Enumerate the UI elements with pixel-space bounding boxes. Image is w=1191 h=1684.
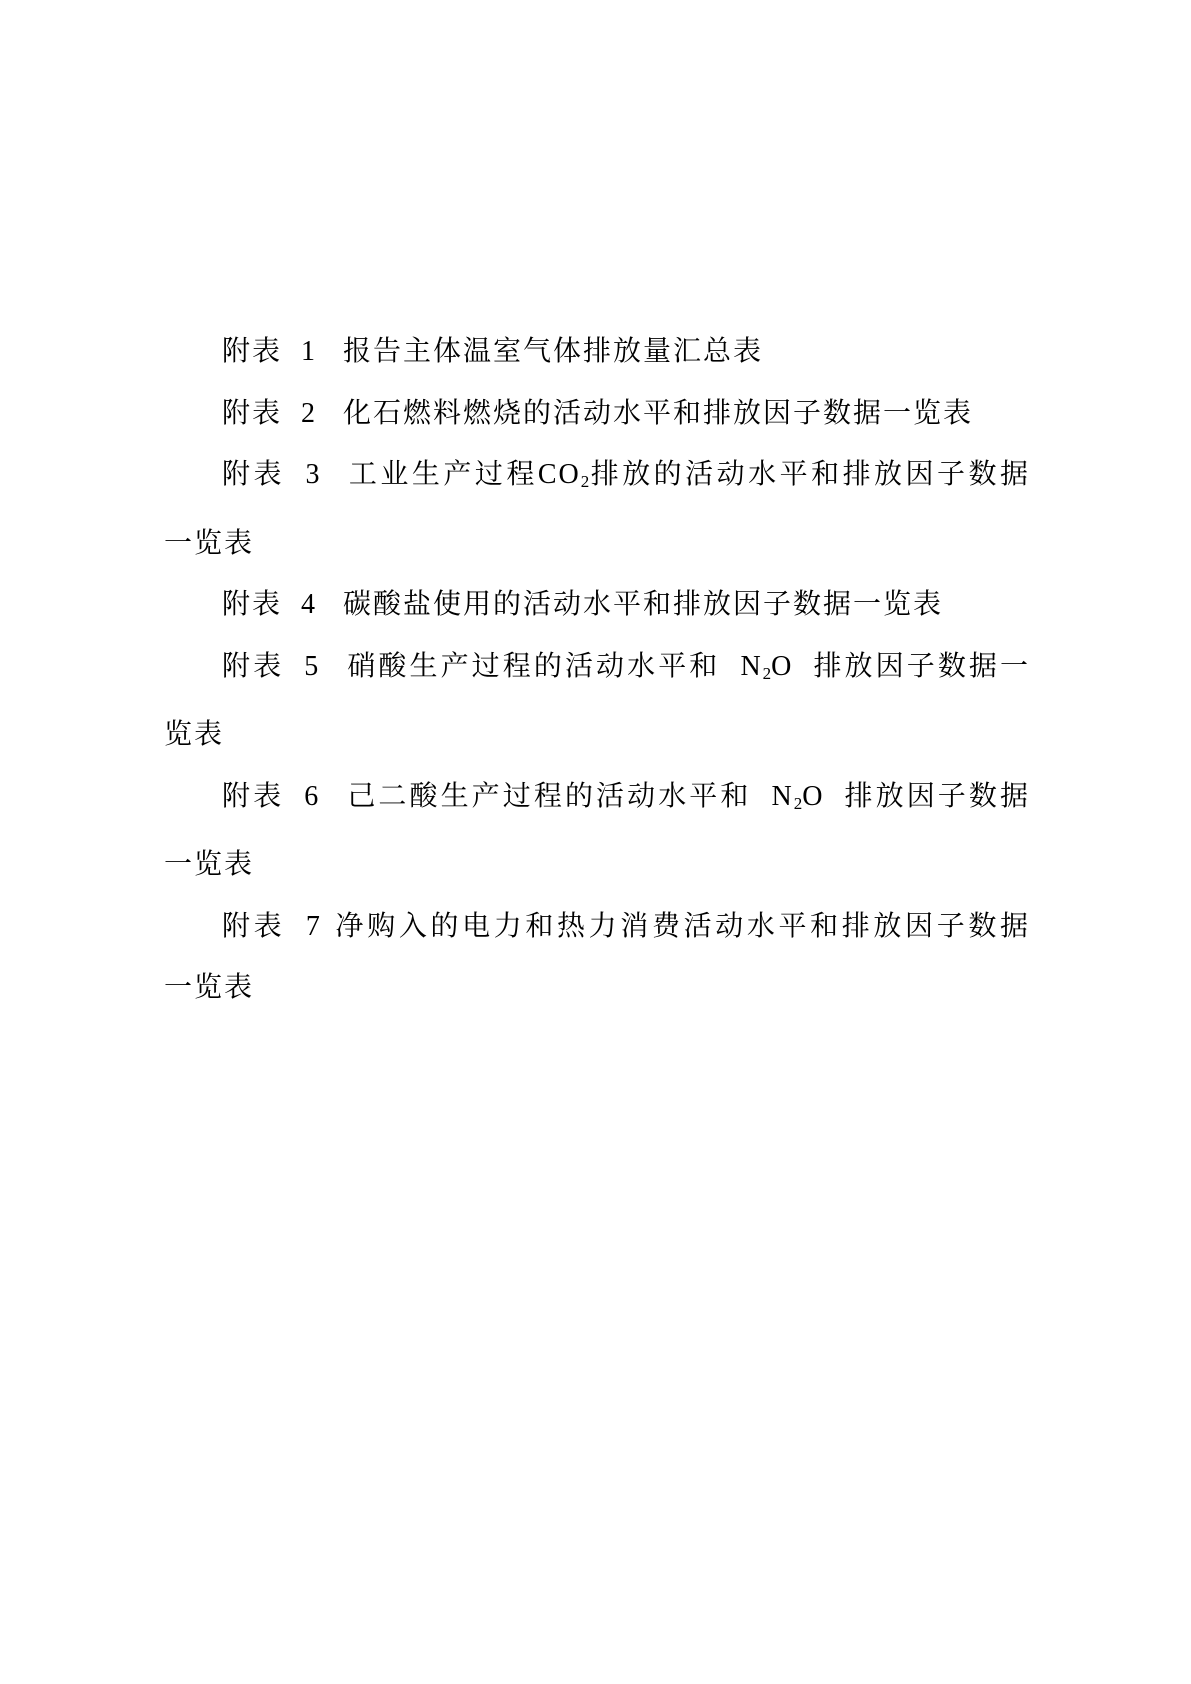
appendix-entry-2-title: 化石燃料燃烧的活动水平和排放因子数据一览表 [343, 398, 973, 429]
document-page: 附表 1报告主体温室气体排放量汇总表 附表 2化石燃料燃烧的活动水平和排放因子数… [0, 0, 1191, 1684]
appendix-entry-5-title-part2: O 排放因子数据一 [771, 651, 1030, 682]
appendix-entry-6-label: 附表 6 [222, 781, 320, 812]
appendix-entry-6-title-part2: O 排放因子数据 [802, 781, 1030, 812]
co2-subscript: 2 [581, 472, 590, 491]
appendix-entry-2: 附表 2化石燃料燃烧的活动水平和排放因子数据一览表 [164, 383, 1030, 445]
appendix-entry-6-title-part1: 己二酸生产过程的活动水平和 N [346, 781, 793, 812]
appendix-entry-7-title: 净购入的电力和热力消费活动水平和排放因子数据 [334, 911, 1030, 942]
appendix-entry-5-continuation: 览表 [164, 704, 1030, 766]
appendix-entry-4-label: 附表 4 [222, 589, 317, 620]
appendix-entry-7-continuation: 一览表 [164, 957, 1030, 1019]
appendix-entry-6-continuation: 一览表 [164, 834, 1030, 896]
n2o-subscript-entry-5: 2 [763, 664, 772, 683]
appendix-entry-1: 附表 1报告主体温室气体排放量汇总表 [164, 321, 1030, 383]
appendix-entry-5-label: 附表 5 [222, 651, 320, 682]
appendix-entry-7-title-wrap: 一览表 [164, 972, 254, 1003]
appendix-entry-7: 附表 7净购入的电力和热力消费活动水平和排放因子数据 [164, 896, 1030, 958]
appendix-entry-2-label: 附表 2 [222, 398, 317, 429]
appendix-entry-1-title: 报告主体温室气体排放量汇总表 [343, 336, 763, 367]
appendix-entry-4-title: 碳酸盐使用的活动水平和排放因子数据一览表 [343, 589, 943, 620]
appendix-entry-3-title-part2: 排放的活动水平和排放因子数据 [589, 459, 1030, 490]
appendix-entry-3-title-part1: 工业生产过程CO [347, 459, 580, 490]
appendix-entry-5-title-part1: 硝酸生产过程的活动水平和 N [346, 651, 762, 682]
appendix-entry-3-continuation: 一览表 [164, 513, 1030, 575]
appendix-entry-3-title-wrap: 一览表 [164, 528, 254, 559]
appendix-entry-6-title-wrap: 一览表 [164, 849, 254, 880]
appendix-entry-5-title-wrap: 览表 [164, 719, 224, 750]
appendix-entry-3: 附表 3工业生产过程CO2排放的活动水平和排放因子数据 [164, 444, 1030, 513]
appendix-entry-6: 附表 6己二酸生产过程的活动水平和 N2O 排放因子数据 [164, 766, 1030, 835]
appendix-entry-1-label: 附表 1 [222, 336, 317, 367]
appendix-entry-3-label: 附表 3 [222, 459, 321, 490]
appendix-entry-7-label: 附表 7 [222, 911, 322, 942]
appendix-entry-4: 附表 4碳酸盐使用的活动水平和排放因子数据一览表 [164, 574, 1030, 636]
n2o-subscript-entry-6: 2 [794, 794, 803, 813]
appendix-entry-5: 附表 5硝酸生产过程的活动水平和 N2O 排放因子数据一 [164, 636, 1030, 705]
